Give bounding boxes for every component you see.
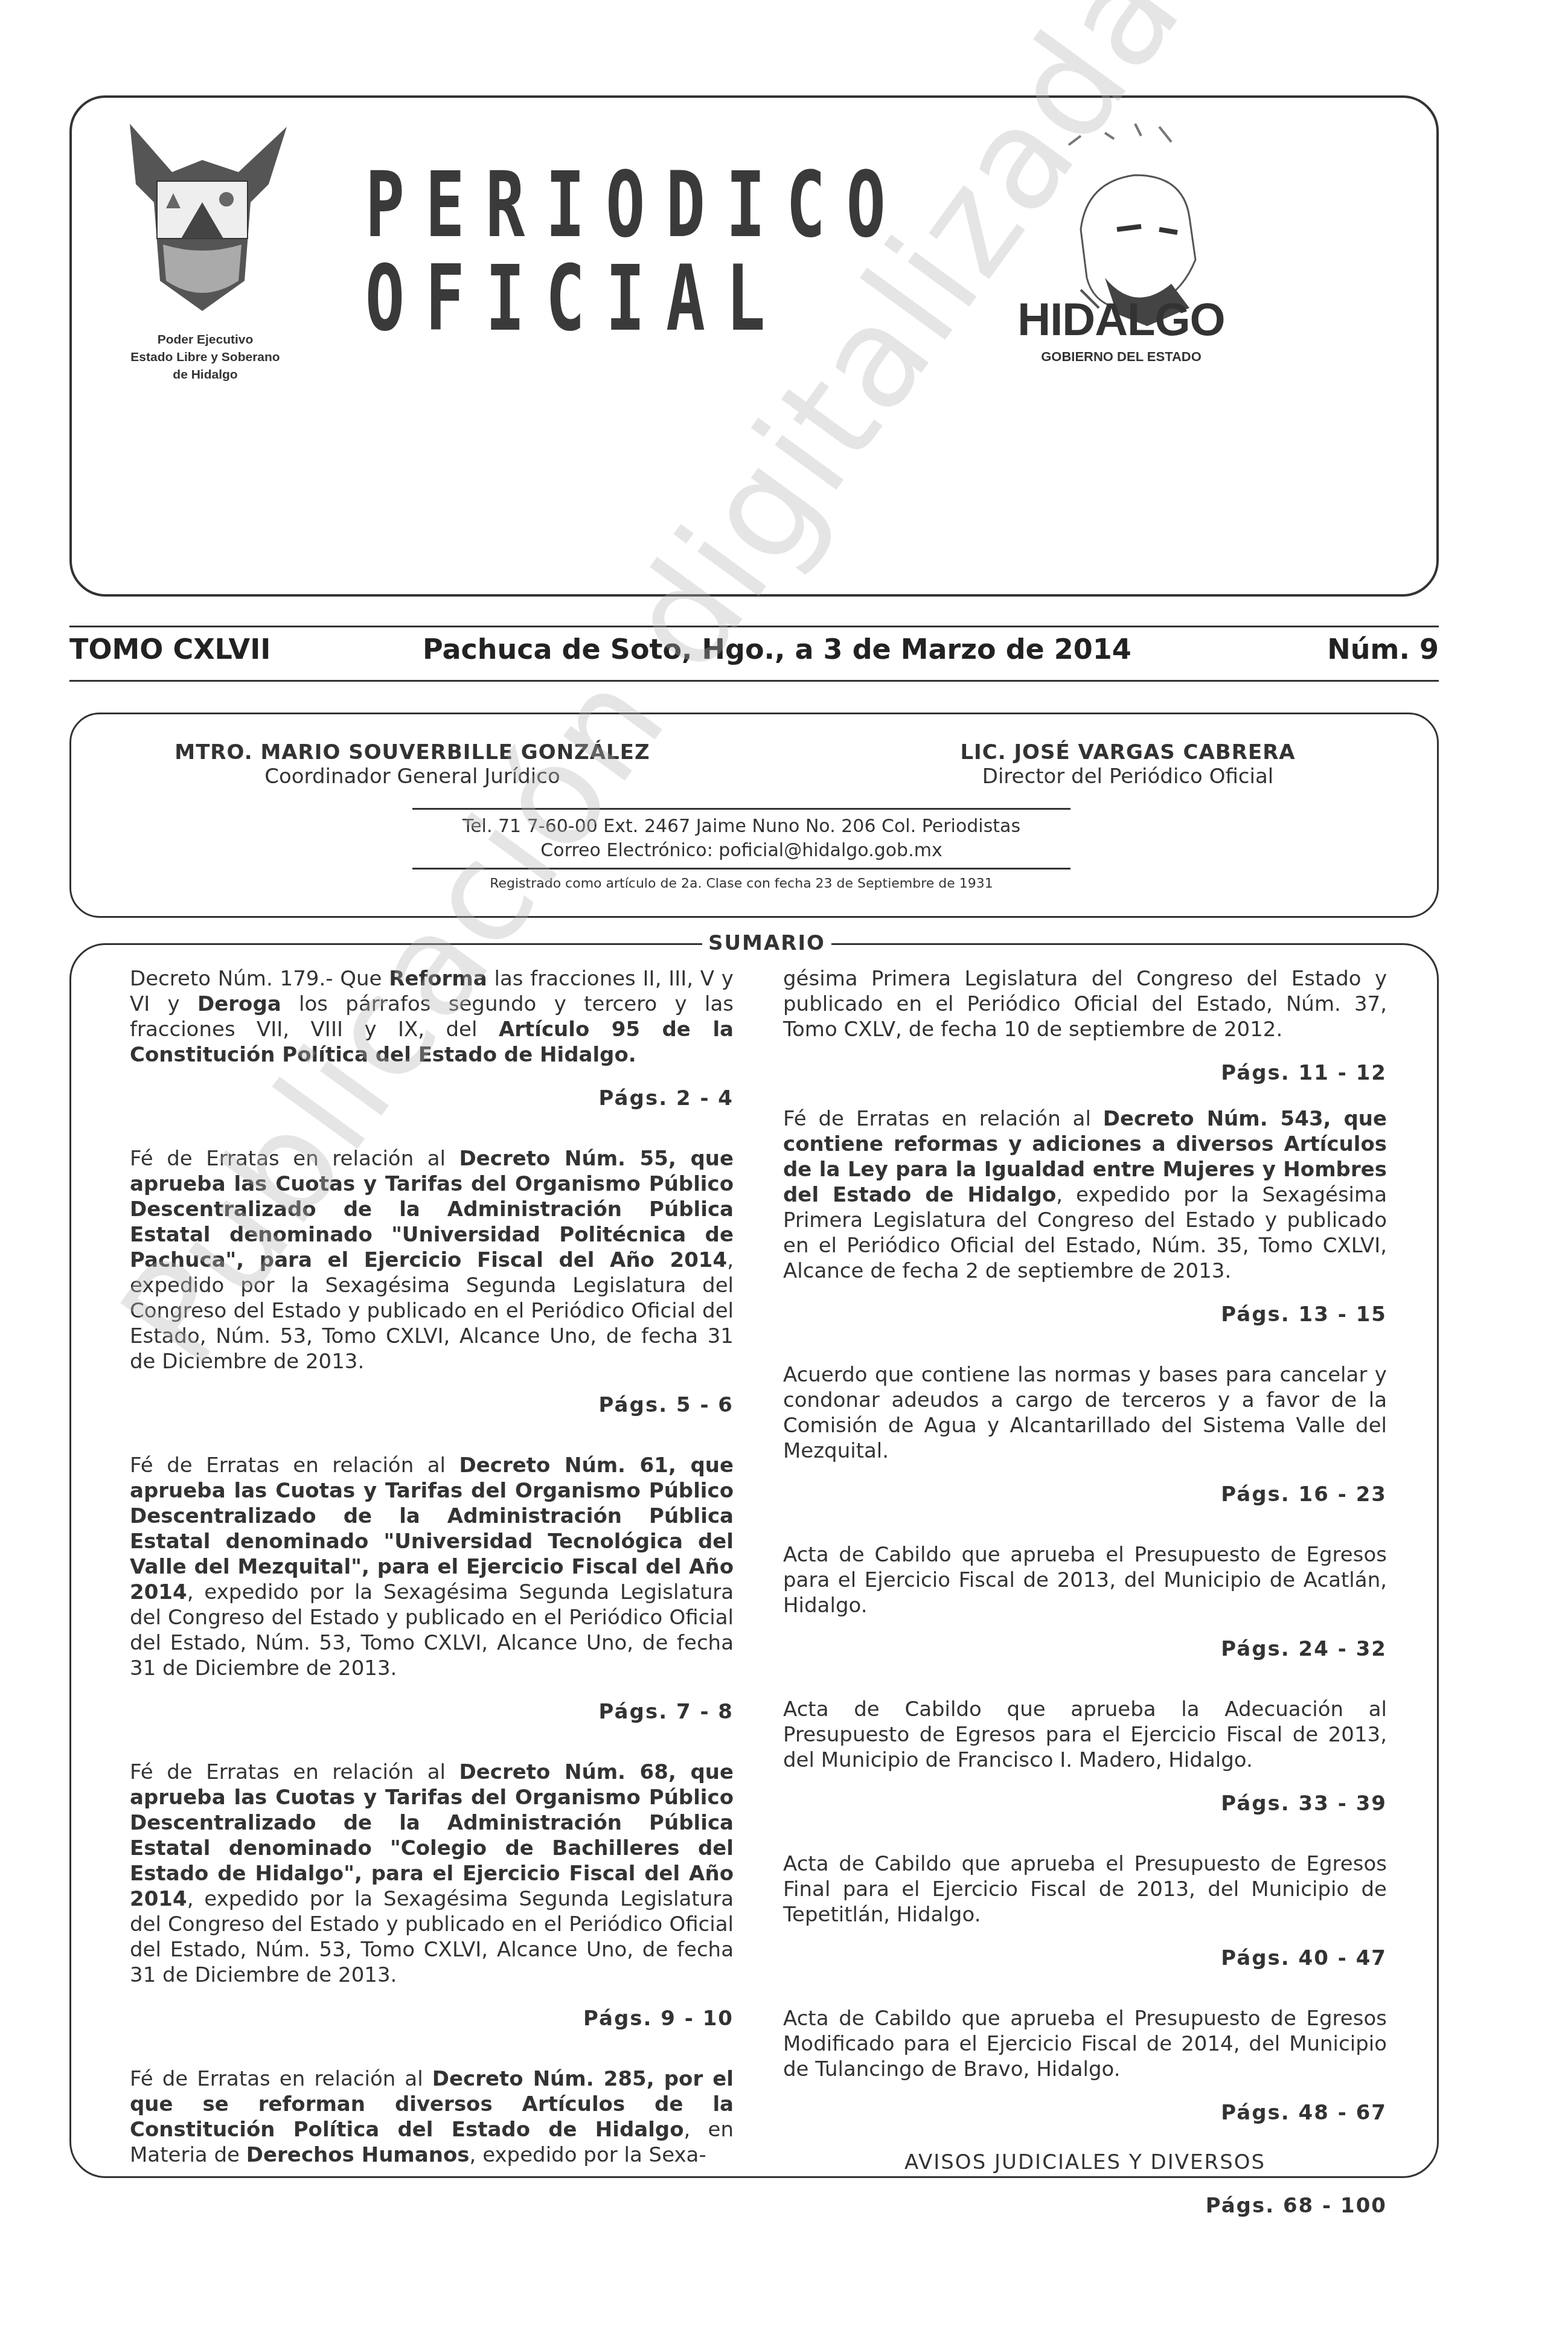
caption-line: Poder Ejecutivo <box>91 331 320 348</box>
entry-pages: Págs. 11 - 12 <box>783 1060 1387 1086</box>
hidalgo-logo-word: HIDALGO <box>1013 296 1230 344</box>
credits-box: MTRO. MARIO SOUVERBILLE GONZÁLEZ Coordin… <box>69 713 1439 918</box>
entry-pages: Págs. 33 - 39 <box>783 1791 1387 1816</box>
sumario-entry: Decreto Núm. 179.- Que Reforma las fracc… <box>130 966 734 1111</box>
entry-description: Fé de Erratas en relación al Decreto Núm… <box>130 1760 734 1988</box>
sumario-entry: Fé de Erratas en relación al Decreto Núm… <box>783 1106 1387 1327</box>
entry-pages: Págs. 40 - 47 <box>783 1946 1387 1971</box>
tomo-label: TOMO CXLVII <box>69 633 270 665</box>
coordinator-name: MTRO. MARIO SOUVERBILLE GONZÁLEZ <box>153 740 672 764</box>
caption-line: Estado Libre y Soberano <box>91 348 320 366</box>
entry-description: Fé de Erratas en relación al Decreto Núm… <box>130 1146 734 1374</box>
sumario-entry: Acta de Cabildo que aprueba el Presupues… <box>783 1851 1387 1971</box>
sumario-entry: Fé de Erratas en relación al Decreto Núm… <box>130 1146 734 1418</box>
entry-pages: Págs. 24 - 32 <box>783 1636 1387 1662</box>
title-periodico: PERIODICO <box>365 160 906 251</box>
gobierno-del-estado: GOBIERNO DEL ESTADO <box>1013 349 1230 365</box>
sumario-entry: Acta de Cabildo que aprueba la Adecuació… <box>783 1697 1387 1816</box>
title-oficial: OFICIAL <box>365 254 786 344</box>
entry-description: Fé de Erratas en relación al Decreto Núm… <box>130 1453 734 1681</box>
sumario-entry: Fé de Erratas en relación al Decreto Núm… <box>130 2066 734 2168</box>
entry-description: Acta de Cabildo que aprueba el Presupues… <box>783 1542 1387 1618</box>
sumario-entry: gésima Primera Legislatura del Congreso … <box>783 966 1387 1086</box>
coordinator: MTRO. MARIO SOUVERBILLE GONZÁLEZ Coordin… <box>153 740 672 789</box>
director: LIC. JOSÉ VARGAS CABRERA Director del Pe… <box>917 740 1339 789</box>
coordinator-role: Coordinador General Jurídico <box>153 764 672 789</box>
entry-pages: Págs. 7 - 8 <box>130 1699 734 1725</box>
sumario-entry: Fé de Erratas en relación al Decreto Núm… <box>130 1453 734 1725</box>
entry-pages: Págs. 2 - 4 <box>130 1086 734 1111</box>
director-name: LIC. JOSÉ VARGAS CABRERA <box>917 740 1339 764</box>
sumario-right-column: gésima Primera Legislatura del Congreso … <box>783 966 1387 2218</box>
entry-pages: Págs. 48 - 67 <box>783 2100 1387 2125</box>
entry-pages: Págs. 13 - 15 <box>783 1302 1387 1327</box>
entry-pages: Págs. 16 - 23 <box>783 1482 1387 1507</box>
state-shield-icon <box>106 118 305 317</box>
entry-description: Acta de Cabildo que aprueba la Adecuació… <box>783 1697 1387 1773</box>
entry-description: Acta de Cabildo que aprueba el Presupues… <box>783 1851 1387 1927</box>
entry-pages: Págs. 5 - 6 <box>130 1392 734 1418</box>
sumario-entry: Acta de Cabildo que aprueba el Presupues… <box>783 2006 1387 2125</box>
entry-description: Fé de Erratas en relación al Decreto Núm… <box>783 1106 1387 1284</box>
avisos-pages: Págs. 68 - 100 <box>783 2193 1387 2218</box>
entry-description: Acta de Cabildo que aprueba el Presupues… <box>783 2006 1387 2082</box>
issue-number: Núm. 9 <box>1327 633 1439 665</box>
issue-bar: TOMO CXLVII Pachuca de Soto, Hgo., a 3 d… <box>69 633 1439 675</box>
caption-line: de Hidalgo <box>91 366 320 383</box>
sumario-entry: Fé de Erratas en relación al Decreto Núm… <box>130 1760 734 2031</box>
entry-description: gésima Primera Legislatura del Congreso … <box>783 966 1387 1042</box>
contact-email: Correo Electrónico: poficial@hidalgo.gob… <box>412 839 1070 863</box>
issue-bottom-rule <box>69 680 1439 682</box>
entry-pages: Págs. 9 - 10 <box>130 2006 734 2031</box>
sumario-entry: Acuerdo que contiene las normas y bases … <box>783 1362 1387 1507</box>
sumario-title: SUMARIO <box>702 930 831 956</box>
sumario-entry: Acta de Cabildo que aprueba el Presupues… <box>783 1542 1387 1662</box>
shield-caption: Poder Ejecutivo Estado Libre y Soberano … <box>91 331 320 383</box>
entry-description: Acuerdo que contiene las normas y bases … <box>783 1362 1387 1464</box>
issue-top-rule <box>69 626 1439 627</box>
contact-phone-address: Tel. 71 7-60-00 Ext. 2467 Jaime Nuno No.… <box>412 815 1070 839</box>
registration-note: Registrado como artículo de 2a. Clase co… <box>412 876 1070 891</box>
contact-info: Tel. 71 7-60-00 Ext. 2467 Jaime Nuno No.… <box>412 808 1070 870</box>
place-date: Pachuca de Soto, Hgo., a 3 de Marzo de 2… <box>423 633 1131 665</box>
sumario-left-column: Decreto Núm. 179.- Que Reforma las fracc… <box>130 966 734 2168</box>
entry-description: Fé de Erratas en relación al Decreto Núm… <box>130 2066 734 2168</box>
entry-description: Decreto Núm. 179.- Que Reforma las fracc… <box>130 966 734 1068</box>
avisos-heading: AVISOS JUDICIALES Y DIVERSOS <box>783 2150 1387 2175</box>
director-role: Director del Periódico Oficial <box>917 764 1339 789</box>
